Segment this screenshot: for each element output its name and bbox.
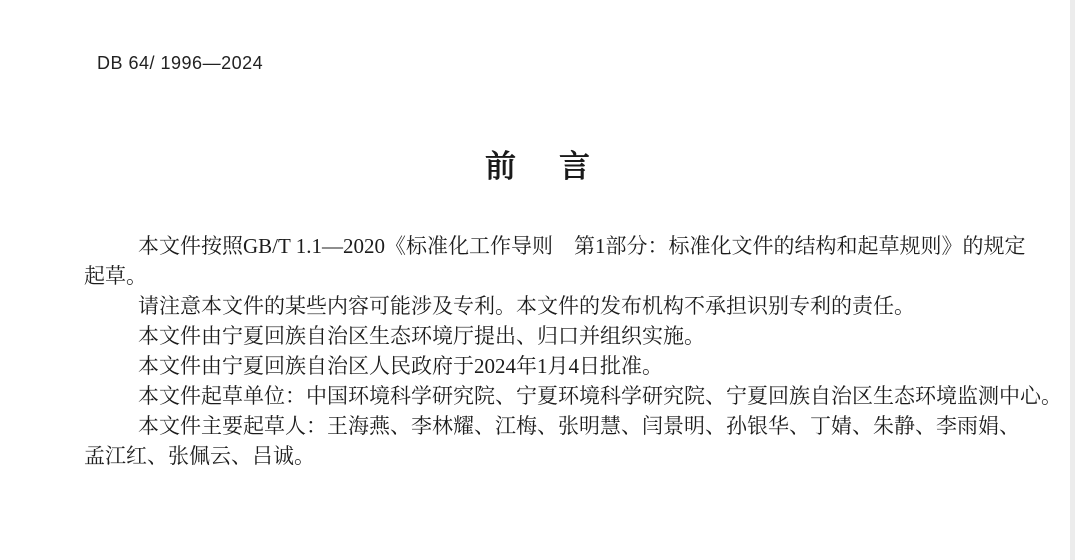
paragraph-line: 请注意本文件的某些内容可能涉及专利。本文件的发布机构不承担识别专利的责任。 xyxy=(84,291,1024,321)
paragraph-line: 起草。 xyxy=(84,261,1024,291)
paragraph-line: 本文件按照GB/T 1.1—2020《标准化工作导则 第1部分：标准化文件的结构… xyxy=(84,231,1024,261)
standard-number: DB 64/ 1996—2024 xyxy=(97,53,263,74)
foreword-body: 本文件按照GB/T 1.1—2020《标准化工作导则 第1部分：标准化文件的结构… xyxy=(84,231,1024,471)
paragraph-line: 本文件由宁夏回族自治区生态环境厅提出、归口并组织实施。 xyxy=(84,321,1024,351)
paragraph-line: 本文件由宁夏回族自治区人民政府于2024年1月4日批准。 xyxy=(84,351,1024,381)
paragraph-line: 孟江红、张佩云、吕诚。 xyxy=(84,441,1024,471)
foreword-title: 前 言 xyxy=(0,141,1075,186)
paragraph-line: 本文件起草单位：中国环境科学研究院、宁夏环境科学研究院、宁夏回族自治区生态环境监… xyxy=(84,381,1024,411)
paragraph-line: 本文件主要起草人：王海燕、李林耀、江梅、张明慧、闫景明、孙银华、丁婧、朱静、李雨… xyxy=(84,411,1024,441)
document-page: { "document": { "doc_number": "DB 64/ 19… xyxy=(0,0,1075,560)
scan-edge-shadow xyxy=(1070,0,1075,560)
